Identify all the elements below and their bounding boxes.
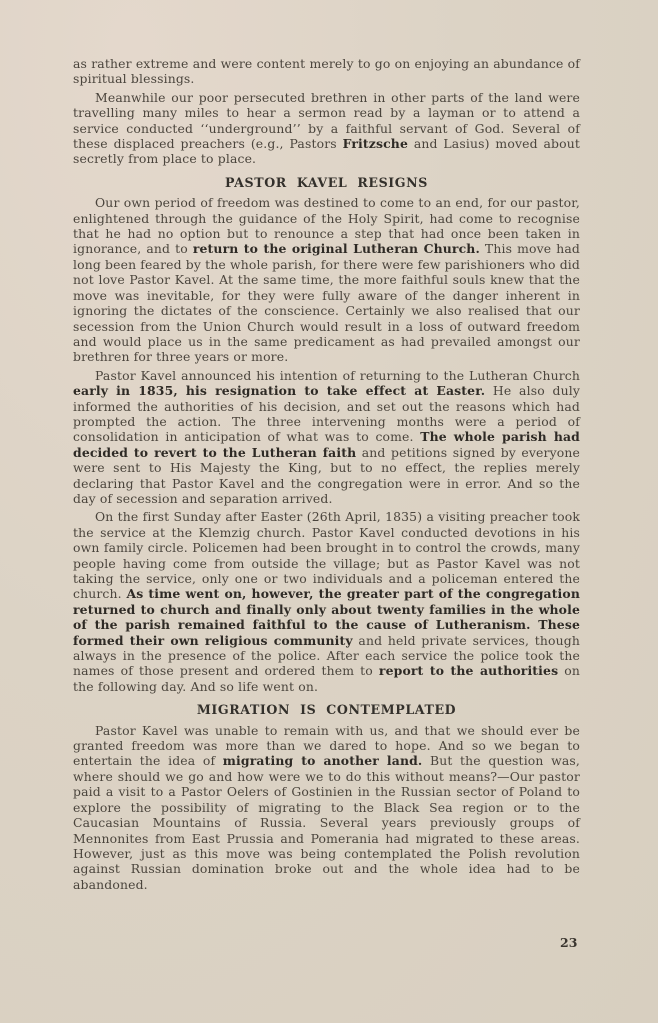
section-kavel-resigns-body: Our own period of freedom was destined t… <box>73 195 580 694</box>
text: This move had long been feared by the wh… <box>73 241 580 364</box>
text: as rather extreme and were content merel… <box>73 56 580 86</box>
intro-paragraphs: as rather extreme and were content merel… <box>73 56 580 167</box>
paragraph: On the first Sunday after Easter (26th A… <box>73 509 580 694</box>
bold-text: return to the original Lutheran Church. <box>193 241 480 256</box>
section-heading-migration: MIGRATION IS CONTEMPLATED <box>73 702 580 717</box>
paragraph: Pastor Kavel announced his intention of … <box>73 368 580 507</box>
bold-text: migrating to another land. <box>223 753 423 768</box>
section-migration-body: Pastor Kavel was unable to remain with u… <box>73 723 580 892</box>
bold-text: Fritzsche <box>343 136 408 151</box>
paragraph: as rather extreme and were content merel… <box>73 56 580 87</box>
document-page: as rather extreme and were content merel… <box>73 56 580 892</box>
page-number: 23 <box>560 935 577 950</box>
paragraph: Our own period of freedom was destined t… <box>73 195 580 364</box>
text: Pastor Kavel announced his intention of … <box>95 368 580 383</box>
bold-text: early in 1835, his resignation to take e… <box>73 383 485 398</box>
text: But the question was, where should we go… <box>73 753 580 891</box>
bold-text: report to the authorities <box>379 663 558 678</box>
paragraph: Meanwhile our poor persecuted brethren i… <box>73 90 580 167</box>
section-heading-kavel-resigns: PASTOR KAVEL RESIGNS <box>73 175 580 190</box>
paragraph: Pastor Kavel was unable to remain with u… <box>73 723 580 892</box>
